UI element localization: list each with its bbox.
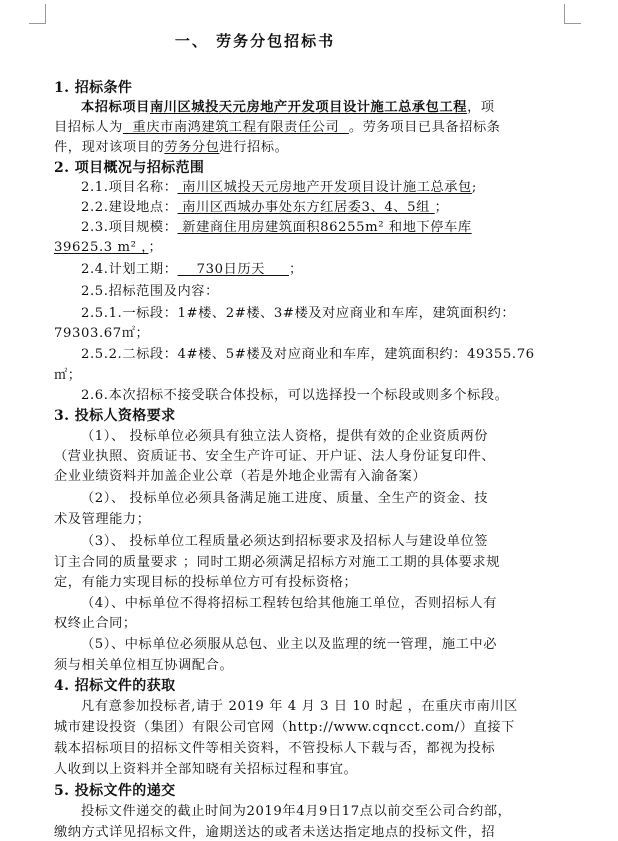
- value: 39625.3 m² ，: [54, 240, 149, 255]
- text: ，项: [467, 100, 495, 115]
- item-2-2: 2.2.建设地点： 南川区西城办事处东方红居委3、4、5组 ；: [54, 198, 448, 218]
- item-2-5-1: 2.5.1.一标段：1#楼、2#楼、3#楼及对应商业和车库，建筑面积约：: [54, 304, 515, 324]
- item-2-5-2-cont: ㎡；: [54, 366, 82, 386]
- qualification-line: 须与相关单位相互协调配合。: [54, 656, 233, 676]
- text: 件，现对该项目的: [54, 140, 164, 155]
- qualification-line: （营业执照、资质证书、安全生产许可证、开户证、法人身份证复印件、: [54, 447, 495, 467]
- paragraph-line: 缴纳方式详见招标文件，逾期送达的或者未送达指定地点的投标文件，招: [54, 823, 495, 841]
- paragraph-line: 凡有意参加投标者,请于 2019 年 4 月 3 日 10 时起 ，在重庆市南川…: [54, 697, 518, 717]
- text: 进行招标。: [219, 140, 288, 155]
- section-heading-2: 2. 项目概况与招标范围: [54, 158, 204, 178]
- label: 2.3.项目规模：: [81, 220, 178, 235]
- qualification-line: 术及管理能力；: [54, 510, 151, 530]
- section-heading-5: 5. 投标文件的递交: [54, 781, 176, 801]
- qualification-line: （3）、 投标单位工程质量必须达到招标要求及招标人与建设单位签: [54, 532, 488, 552]
- tenderer-name: 重庆市南鸿建筑工程有限责任公司: [123, 120, 349, 135]
- item-2-3: 2.3.项目规模： 新建商住用房建筑面积86255m² 和地下停车库: [54, 218, 472, 238]
- text: ；: [435, 200, 449, 215]
- qualification-line: （2）、 投标单位必须具备满足施工进度、质量、全生产的资金、技: [54, 489, 488, 509]
- page-corner-mark-top-left: [29, 4, 46, 24]
- value: 南川区城投天元房地产开发项目设计施工总承包: [178, 180, 472, 195]
- paragraph-line: 目招标人为 重庆市南鸿建筑工程有限责任公司 。劳务项目已具备招标条: [54, 118, 501, 138]
- section-heading-1: 1. 招标条件: [54, 78, 132, 98]
- bid-scope: 劳务分包: [164, 140, 219, 155]
- item-2-1: 2.1.项目名称： 南川区城投天元房地产开发项目设计施工总承包;: [54, 178, 477, 198]
- section-heading-3: 3. 投标人资格要求: [54, 406, 176, 426]
- qualification-line: （5）、中标单位必须服从总包、业主以及监理的统一管理，施工中必: [54, 635, 497, 655]
- value: 南川区西城办事处东方红居委3、4、5组: [178, 200, 435, 215]
- item-2-6: 2.6.本次招标不接受联合体投标，可以选择投一个标段或则多个标段。: [54, 386, 508, 406]
- text: ；: [289, 262, 303, 277]
- text: 本招标项目: [81, 100, 150, 115]
- page-corner-mark-top-right: [564, 4, 581, 24]
- document-title: 一、 劳务分包招标书: [0, 30, 510, 51]
- item-2-3-cont: 39625.3 m² ，；: [54, 238, 162, 258]
- paragraph-line: 件，现对该项目的劳务分包进行招标。: [54, 138, 288, 158]
- text: 目招标人为: [54, 120, 123, 135]
- qualification-line: （4）、中标单位不得将招标工程转包给其他施工单位，否则招标人有: [54, 594, 497, 614]
- paragraph-line: 投标文件递交的截止时间为2019年4月9日17点以前交至公司合约部，: [54, 802, 511, 822]
- qualification-line: 定，有能力实现目标的投标单位方可有投标资格；: [54, 573, 357, 593]
- item-2-5-2: 2.5.2.二标段：4#楼、5#楼及对应商业和车库，建筑面积约：49355.76: [54, 345, 535, 365]
- text: 。劳务项目已具备招标条: [349, 120, 501, 135]
- value: 730日历天: [178, 262, 289, 277]
- label: 2.4.计划工期：: [81, 262, 178, 277]
- paragraph-line: 城市建设投资（集团）有限公司官网（http://www.cqncct.com/）…: [54, 718, 515, 738]
- paragraph-line: 载本招标项目的招标文件等相关资料，不管投标人下载与否，都视为投标: [54, 739, 495, 759]
- paragraph-line: 人收到以上资料并全部知晓有关招标过程和事宜。: [54, 760, 357, 780]
- qualification-line: 企业业绩资料并加盖企业公章（若是外地企业需有入渝备案）: [54, 467, 426, 487]
- qualification-line: 权终止合同；: [54, 614, 137, 634]
- item-2-5-1-cont: 79303.67㎡；: [54, 324, 149, 344]
- qualification-line: （1）、 投标单位必须具有独立法人资格，提供有效的企业资质两份: [54, 427, 488, 447]
- item-2-5: 2.5.招标范围及内容：: [54, 282, 219, 302]
- label: 2.1.项目名称：: [81, 180, 178, 195]
- section-heading-4: 4. 招标文件的获取: [54, 676, 176, 696]
- item-2-4: 2.4.计划工期： 730日历天 ；: [54, 260, 303, 280]
- text: ;: [472, 180, 477, 195]
- value: 新建商住用房建筑面积86255m² 和地下停车库: [178, 220, 472, 235]
- label: 2.2.建设地点：: [81, 200, 178, 215]
- paragraph-line: 本招标项目南川区城投天元房地产开发项目设计施工总承包工程，项: [54, 98, 495, 118]
- text: ；: [149, 240, 163, 255]
- qualification-line: 订主合同的质量要求 ；同时工期必须满足招标方对施工工期的具体要求规: [54, 553, 500, 573]
- project-name: 南川区城投天元房地产开发项目设计施工总承包工程: [150, 100, 467, 115]
